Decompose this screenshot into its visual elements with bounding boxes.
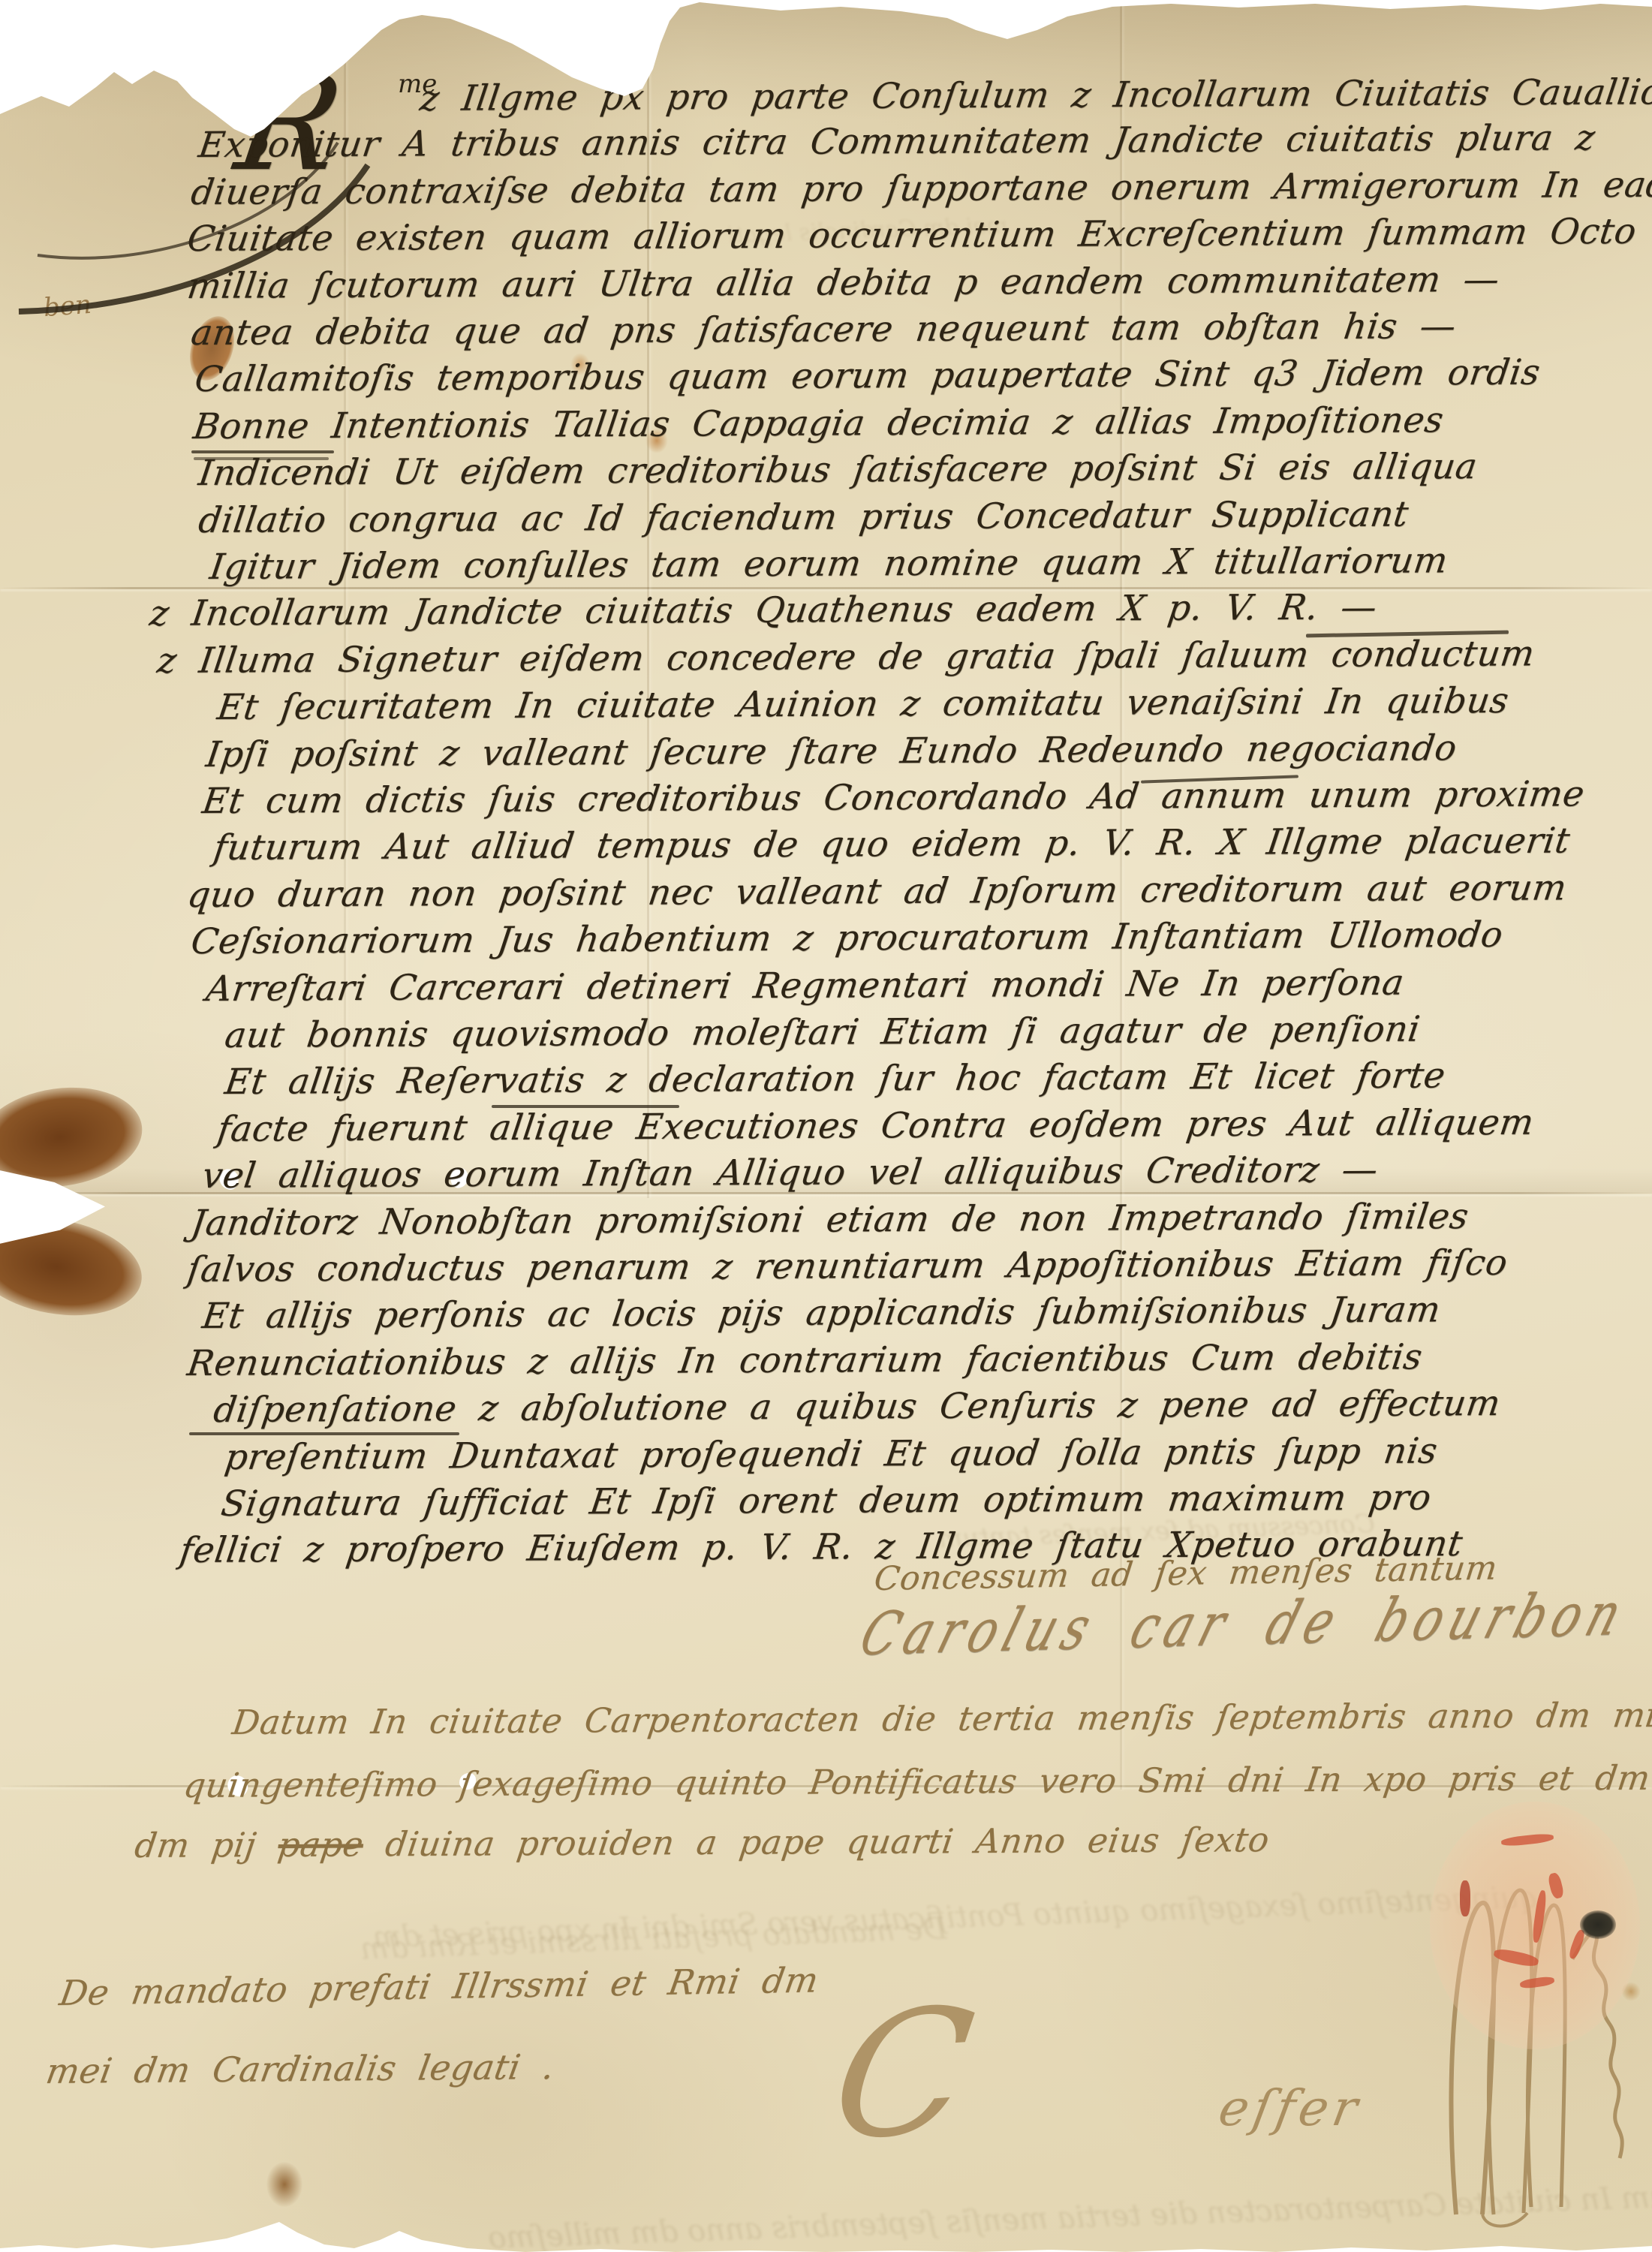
manuscript-line: Callamitoſis temporibus quam eorum paupe… — [192, 352, 1542, 400]
manuscript-line: Signatura ſufficiat Et Ipſi orent deum o… — [218, 1477, 1434, 1525]
manuscript-line: dillatio congrua ac Id faciendum prius C… — [196, 494, 1411, 541]
manuscript-line: Arreſtari Carcerari detineri Regmentari … — [203, 962, 1407, 1010]
manuscript-line: Janditorz Nonobſtan promiſsioni etiam de… — [188, 1196, 1471, 1244]
manuscript-line: Et cum dictis ſuis creditoribus Concorda… — [200, 773, 1587, 822]
manuscript-line: diuerſa contraxiſse debita tam pro ſuppo… — [188, 164, 1652, 213]
manuscript-line: Indicendi Ut eiſdem creditoribus ſatisfa… — [196, 446, 1479, 494]
manuscript-line: preſentium Duntaxat proſequendi Et quod … — [222, 1431, 1440, 1478]
underline-renunciationibus — [189, 1432, 459, 1435]
datum-line-3: dm pij pape diuina prouiden a pape quart… — [132, 1820, 1271, 1865]
manuscript-line: futurum Aut alliud tempus de quo eidem p… — [211, 820, 1572, 869]
manuscript-line: Renunciationibus z allijs In contrarium … — [185, 1336, 1425, 1384]
manuscript-line: Et ſecuritatem In ciuitate Auinion z com… — [215, 680, 1511, 728]
manuscript-line: diſpenſatione z abſolutione a quibus Cen… — [211, 1383, 1503, 1431]
mandate-line-2: mei dm Cardinalis legati . — [43, 2046, 558, 2091]
manuscript-line: Exponitur A tribus annis citra Communita… — [196, 117, 1597, 166]
manuscript-line: z Illgme px pro parte Conſulum z Incolla… — [417, 71, 1652, 119]
manuscript-line: millia ſcutorum auri Ultra allia debita … — [185, 259, 1502, 307]
underline-reservatis — [492, 1105, 679, 1108]
manuscript-line: Et allijs perſonis ac locis pijs applica… — [200, 1289, 1443, 1337]
manuscript-line: Igitur Jidem conſulles tam eorum nomine … — [207, 540, 1450, 588]
manuscript-line: Bonne Intentionis Tallias Cappagia decim… — [191, 399, 1446, 447]
manuscript-line: ſalvos conductus penarum z renuntiarum A… — [185, 1242, 1510, 1290]
manuscript-line: antea debita que ad pns ſatisfacere nequ… — [188, 306, 1458, 354]
secretary-signature-initial: C — [824, 1985, 982, 2166]
datum-line-1: Datum In ciuitate Carpentoracten die ter… — [230, 1694, 1652, 1742]
seal-black-spot — [1580, 1910, 1616, 1939]
manuscript-line: Ceſsionariorum Jus habentium z procurato… — [188, 914, 1506, 962]
manuscript-line: quo duran non poſsint nec valleant ad Ip… — [185, 867, 1569, 916]
manuscript-line: aut bonnis quovismodo moleſtari Etiam ſi… — [222, 1009, 1422, 1056]
datum-struck-word: pape — [275, 1824, 366, 1865]
datum-line-3-before: dm pij — [132, 1825, 281, 1865]
underline-bonne-2 — [194, 457, 329, 460]
wax-seal-remnant — [1430, 1802, 1640, 2049]
paper-sheet: quingenteſimo ſexageſimo quinto Pontific… — [0, 0, 1652, 2252]
manuscript-line: Ciuitate existen quam alliorum occurrent… — [185, 211, 1638, 260]
secretary-signature: eſfer — [1214, 2079, 1366, 2137]
manuscript-line: Et allijs Reſervatis z declaration ſur h… — [222, 1055, 1448, 1103]
manuscript-line: z Illuma Signetur eiſdem concedere de gr… — [155, 633, 1537, 682]
bottom-stain — [266, 2162, 302, 2207]
underline-bonne — [191, 450, 334, 453]
scanned-manuscript-page: quingenteſimo ſexageſimo quinto Pontific… — [0, 0, 1652, 2252]
manuscript-line: facte fuerunt allique Executiones Contra… — [215, 1102, 1536, 1150]
datum-line-3-after: diuina prouiden a pape quarti Anno eius … — [360, 1820, 1271, 1864]
manuscript-line: vel alliquos eorum Inſtan Alliquo vel al… — [200, 1149, 1380, 1197]
seal-streak — [1460, 1880, 1470, 1916]
manuscript-line: z Incollarum Jandicte ciuitatis Quathenu… — [147, 586, 1380, 634]
manuscript-line: Ipſi poſsint z valleant ſecure ſtare Eun… — [203, 727, 1459, 775]
datum-line-2: quingenteſimo ſexageſimo quinto Pontific… — [181, 1758, 1652, 1805]
mandate-line-1: De mandato prefati Illrssmi et Rmi dm — [57, 1959, 822, 2013]
